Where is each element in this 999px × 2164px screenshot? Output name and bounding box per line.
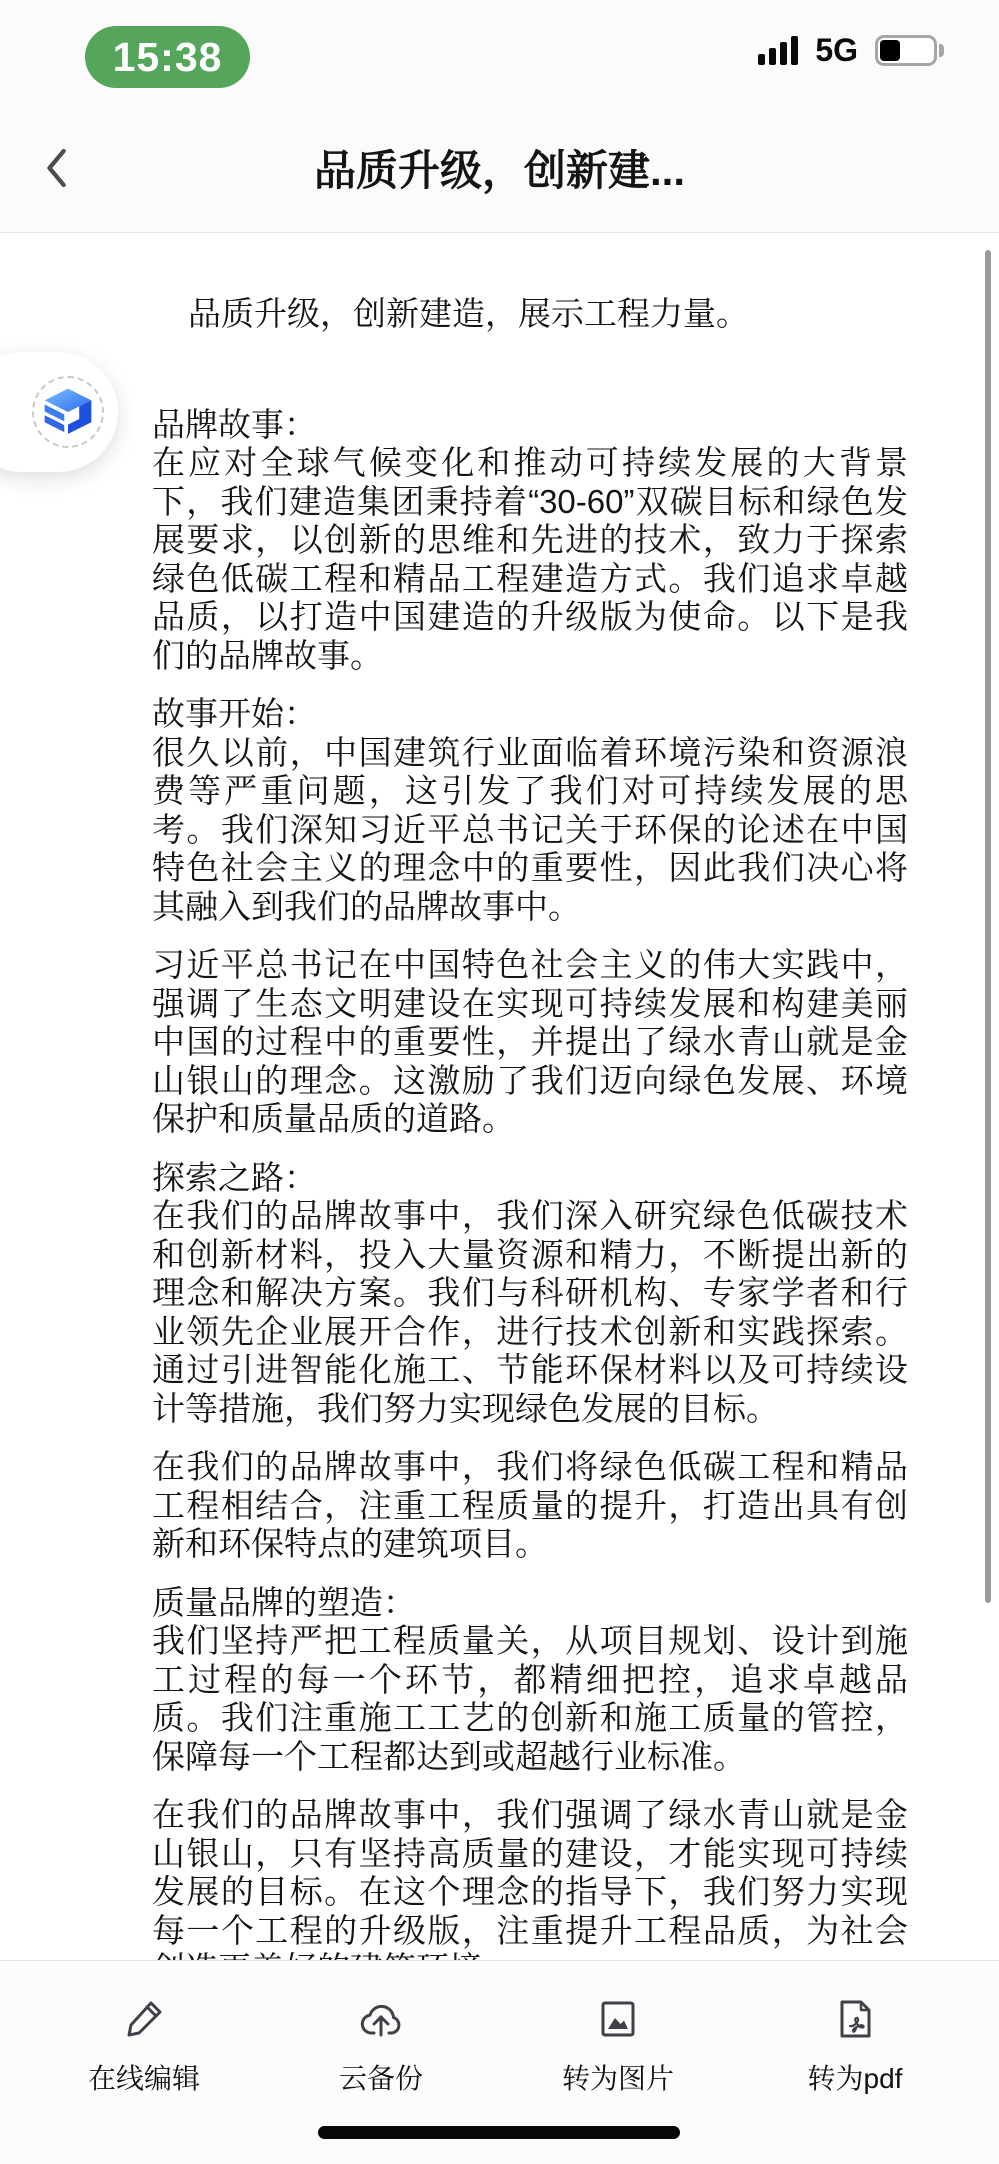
document-page: 品质升级，创新建造，展示工程力量。 品牌故事： 在应对全球气候变化和推动可持续发… — [0, 233, 999, 1960]
document-text: 品质升级，创新建造，展示工程力量。 品牌故事： 在应对全球气候变化和推动可持续发… — [152, 295, 908, 1960]
paragraph: 质量品牌的塑造： 我们坚持严把工程质量关，从项目规划、设计到施工过程的每一个环节… — [152, 1584, 908, 1777]
page-title: 品质升级，创新建... — [0, 138, 999, 198]
floating-app-button[interactable] — [0, 352, 118, 472]
paragraph: 习近平总书记在中国特色社会主义的伟大实践中，强调了生态文明建设在实现可持续发展和… — [152, 946, 908, 1139]
tool-label: 转为pdf — [808, 2057, 903, 2097]
scrollbar-thumb[interactable] — [985, 250, 991, 1603]
pencil-icon — [120, 1995, 168, 2043]
time-pill: 15:38 — [85, 26, 250, 88]
convert-to-pdf-button[interactable]: 转为pdf — [789, 1961, 921, 2164]
tool-label: 在线编辑 — [88, 2057, 200, 2097]
pdf-icon — [831, 1995, 879, 2043]
cloud-upload-icon — [357, 1995, 405, 2043]
paragraph: 在我们的品牌故事中，我们将绿色低碳工程和精品工程相结合，注重工程质量的提升，打造… — [152, 1448, 908, 1564]
image-icon — [594, 1995, 642, 2043]
signal-strength-icon — [758, 35, 798, 65]
home-indicator[interactable] — [318, 2126, 680, 2139]
paragraph: 探索之路： 在我们的品牌故事中，我们深入研究绿色低碳技术和创新材料，投入大量资源… — [152, 1159, 908, 1429]
cube-logo-icon — [40, 384, 96, 440]
nav-bar: 品质升级，创新建... — [0, 100, 999, 233]
tool-label: 云备份 — [339, 2057, 423, 2097]
paragraph: 品牌故事： 在应对全球气候变化和推动可持续发展的大背景下，我们建造集团秉持着“3… — [152, 406, 908, 676]
online-edit-button[interactable]: 在线编辑 — [78, 1961, 210, 2164]
battery-icon — [875, 35, 937, 66]
status-time: 15:38 — [113, 34, 223, 81]
paragraph: 在我们的品牌故事中，我们强调了绿水青山就是金山银山，只有坚持高质量的建设，才能实… — [152, 1796, 908, 1960]
app-logo-ring — [32, 376, 104, 448]
paragraph: 故事开始： 很久以前，中国建筑行业面临着环境污染和资源浪费等严重问题，这引发了我… — [152, 695, 908, 926]
network-type-label: 5G — [815, 32, 858, 69]
status-right-cluster: 5G — [758, 0, 937, 100]
status-bar: 15:38 5G — [0, 0, 999, 100]
tool-label: 转为图片 — [562, 2057, 674, 2097]
doc-intro-line: 品质升级，创新建造，展示工程力量。 — [152, 295, 908, 334]
screen: 15:38 5G 品质升级，创新建... — [0, 0, 999, 2164]
